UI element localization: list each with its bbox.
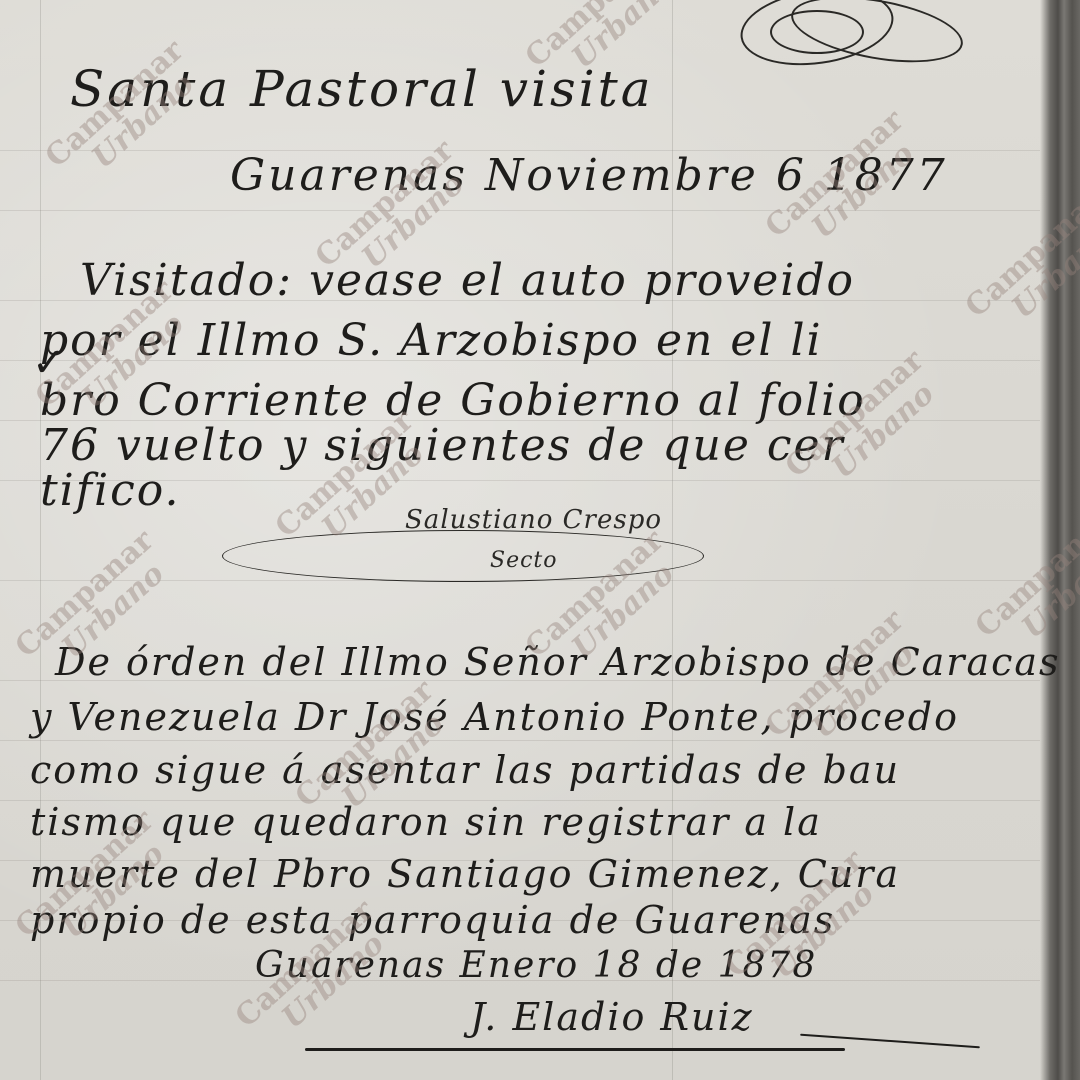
entry-text-line: tismo que quedaron sin registrar a la <box>30 800 822 844</box>
signature-flourish <box>222 530 704 582</box>
entry-text-line: De órden del Illmo Señor Arzobispo de Ca… <box>55 640 1061 684</box>
checkmark-icon: ✓ <box>32 340 67 386</box>
binding-edge <box>1040 0 1080 1080</box>
ruled-line <box>0 210 1040 211</box>
entry-text-line: como sigue á asentar las partidas de bau <box>30 748 900 792</box>
entry-text-line: Visitado: vease el auto proveido <box>80 255 855 306</box>
entry-text-line: tifico. <box>40 465 180 516</box>
entry-text-line: 76 vuelto y siguientes de que cer <box>40 420 845 471</box>
entry-text-line: propio de esta parroquia de Guarenas <box>30 898 835 942</box>
entry-text-line: por el Illmo S. Arzobispo en el li <box>40 315 823 366</box>
signature-underline <box>800 1034 980 1049</box>
entry-text-line: y Venezuela Dr José Antonio Ponte, proce… <box>30 695 959 739</box>
ruled-line <box>0 740 1040 741</box>
entry-heading: Santa Pastoral visita <box>70 60 654 118</box>
watermark: CampanarUrbano <box>760 605 931 768</box>
entry-text-line: bro Corriente de Gobierno al folio <box>40 375 866 426</box>
entry-text-line: muerte del Pbro Santiago Gimenez, Cura <box>30 852 900 896</box>
entry-place-date: Guarenas Enero 18 de 1878 <box>255 945 817 986</box>
entry-place-date: Guarenas Noviembre 6 1877 <box>230 150 948 201</box>
signature: J. Eladio Ruiz <box>470 995 754 1039</box>
ornament-flourish <box>770 10 864 54</box>
signature-underline <box>305 1048 845 1051</box>
document-page: Santa Pastoral visita Guarenas Noviembre… <box>0 0 1080 1080</box>
